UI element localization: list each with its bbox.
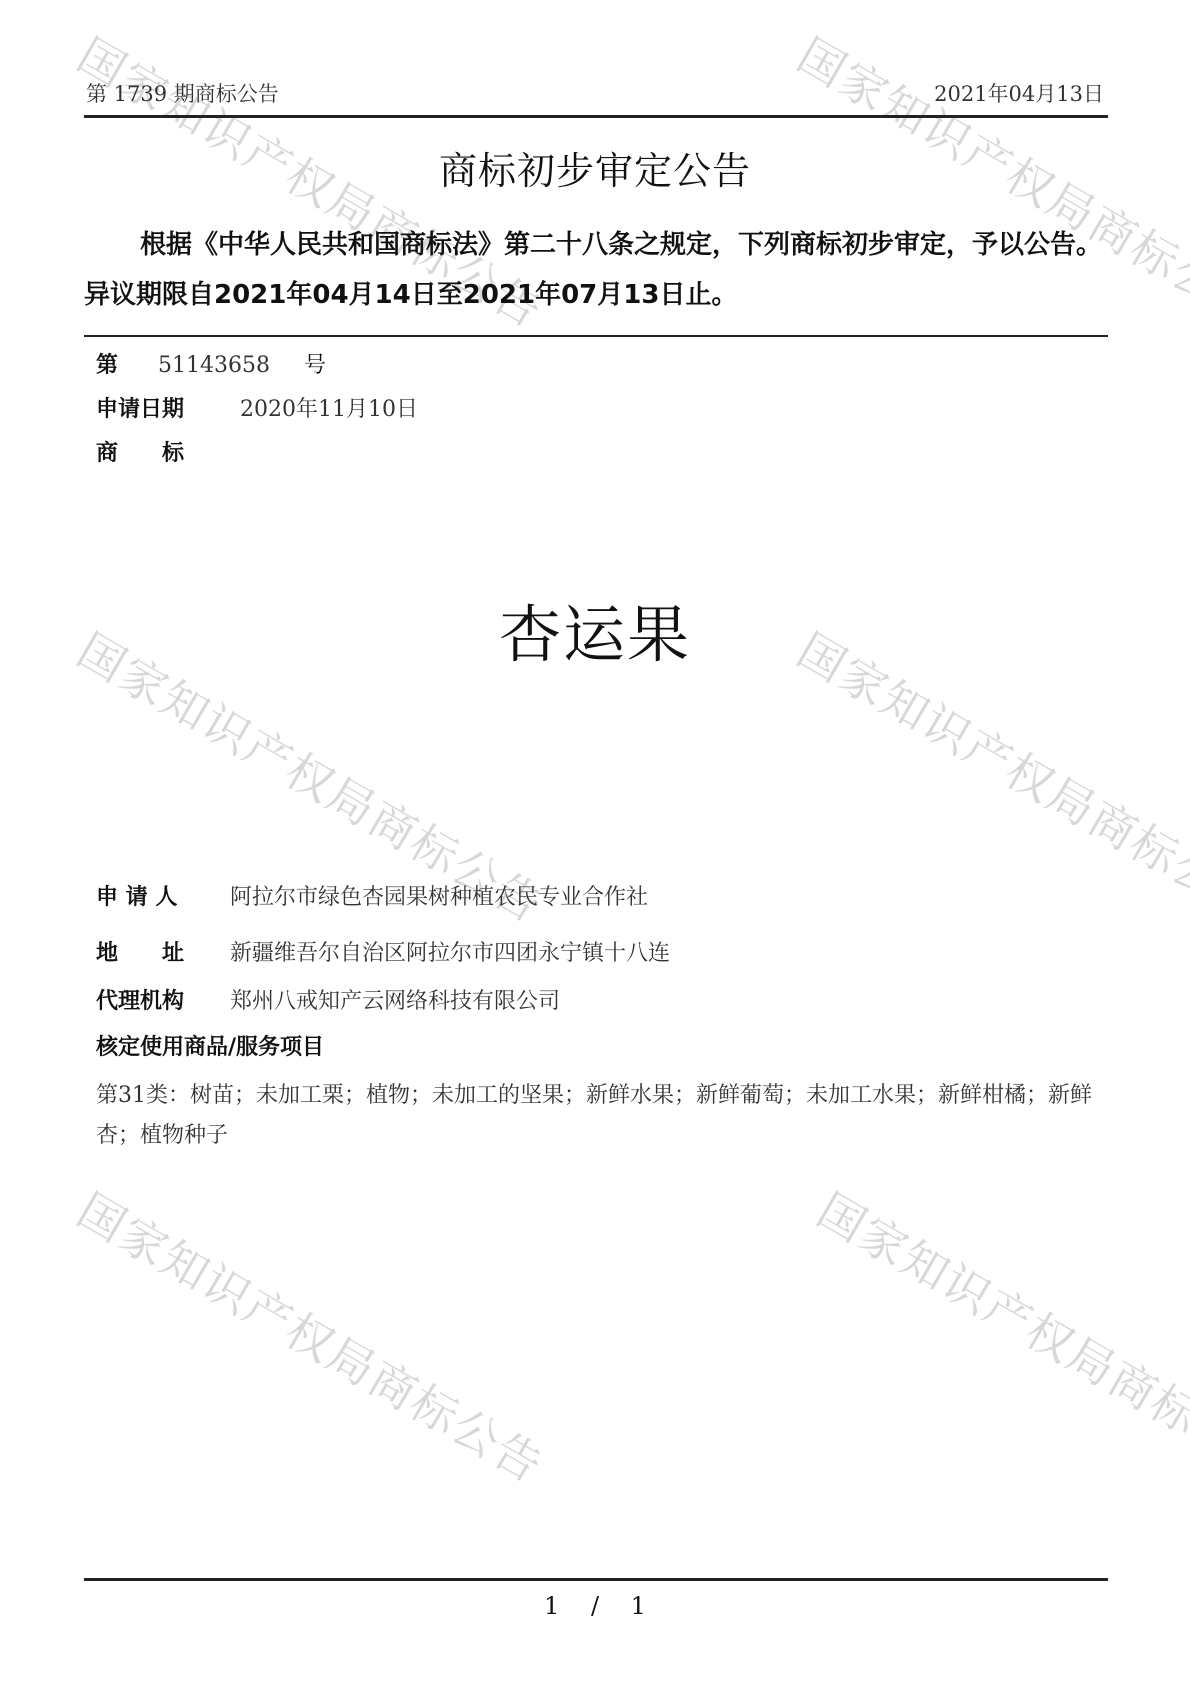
intro-paragraph: 根据《中华人民共和国商标法》第二十八条之规定，下列商标初步审定，予以公告。异议期… xyxy=(84,220,1108,320)
agent-value: 郑州八戒知产云网络科技有限公司 xyxy=(230,984,560,1015)
trademark-label-row: 商 标 xyxy=(96,436,184,467)
trademark-text: 杏运果 xyxy=(0,585,1190,674)
agent-row: 代理机构 郑州八戒知产云网络科技有限公司 xyxy=(96,984,560,1015)
applicant-value: 阿拉尔市绿色杏园果树种植农民专业合作社 xyxy=(230,880,648,911)
goods-heading: 核定使用商品/服务项目 xyxy=(96,1030,324,1061)
agent-label: 代理机构 xyxy=(96,984,230,1015)
registration-suffix: 号 xyxy=(304,348,326,379)
issue-label: 第 1739 期商标公告 xyxy=(86,78,279,108)
registration-number: 51143658 xyxy=(158,353,270,378)
applicant-label: 申 请 人 xyxy=(96,880,230,911)
page-number: 1 / 1 xyxy=(0,1592,1190,1620)
application-date-row: 申请日期 2020年11月10日 xyxy=(96,392,418,423)
applicant-row: 申 请 人 阿拉尔市绿色杏园果树种植农民专业合作社 xyxy=(96,880,648,911)
registration-number-row: 第 51143658 号 xyxy=(96,348,326,379)
trademark-label: 商 标 xyxy=(96,436,184,467)
document-page: 第 1739 期商标公告 2021年04月13日 商标初步审定公告 根据《中华人… xyxy=(0,0,1190,1684)
application-date-label: 申请日期 xyxy=(96,392,184,423)
page-title: 商标初步审定公告 xyxy=(0,140,1190,195)
registration-prefix: 第 xyxy=(96,348,118,379)
section-divider xyxy=(84,335,1108,337)
issue-date: 2021年04月13日 xyxy=(934,78,1104,108)
address-label: 地 址 xyxy=(96,936,230,967)
application-date-value: 2020年11月10日 xyxy=(240,392,418,423)
address-row: 地 址 新疆维吾尔自治区阿拉尔市四团永宁镇十八连 xyxy=(96,936,670,967)
header-divider xyxy=(84,115,1108,118)
address-value: 新疆维吾尔自治区阿拉尔市四团永宁镇十八连 xyxy=(230,936,670,967)
footer-divider xyxy=(84,1578,1108,1581)
goods-list: 第31类：树苗；未加工栗；植物；未加工的坚果；新鲜水果；新鲜葡萄；未加工水果；新… xyxy=(96,1076,1102,1156)
